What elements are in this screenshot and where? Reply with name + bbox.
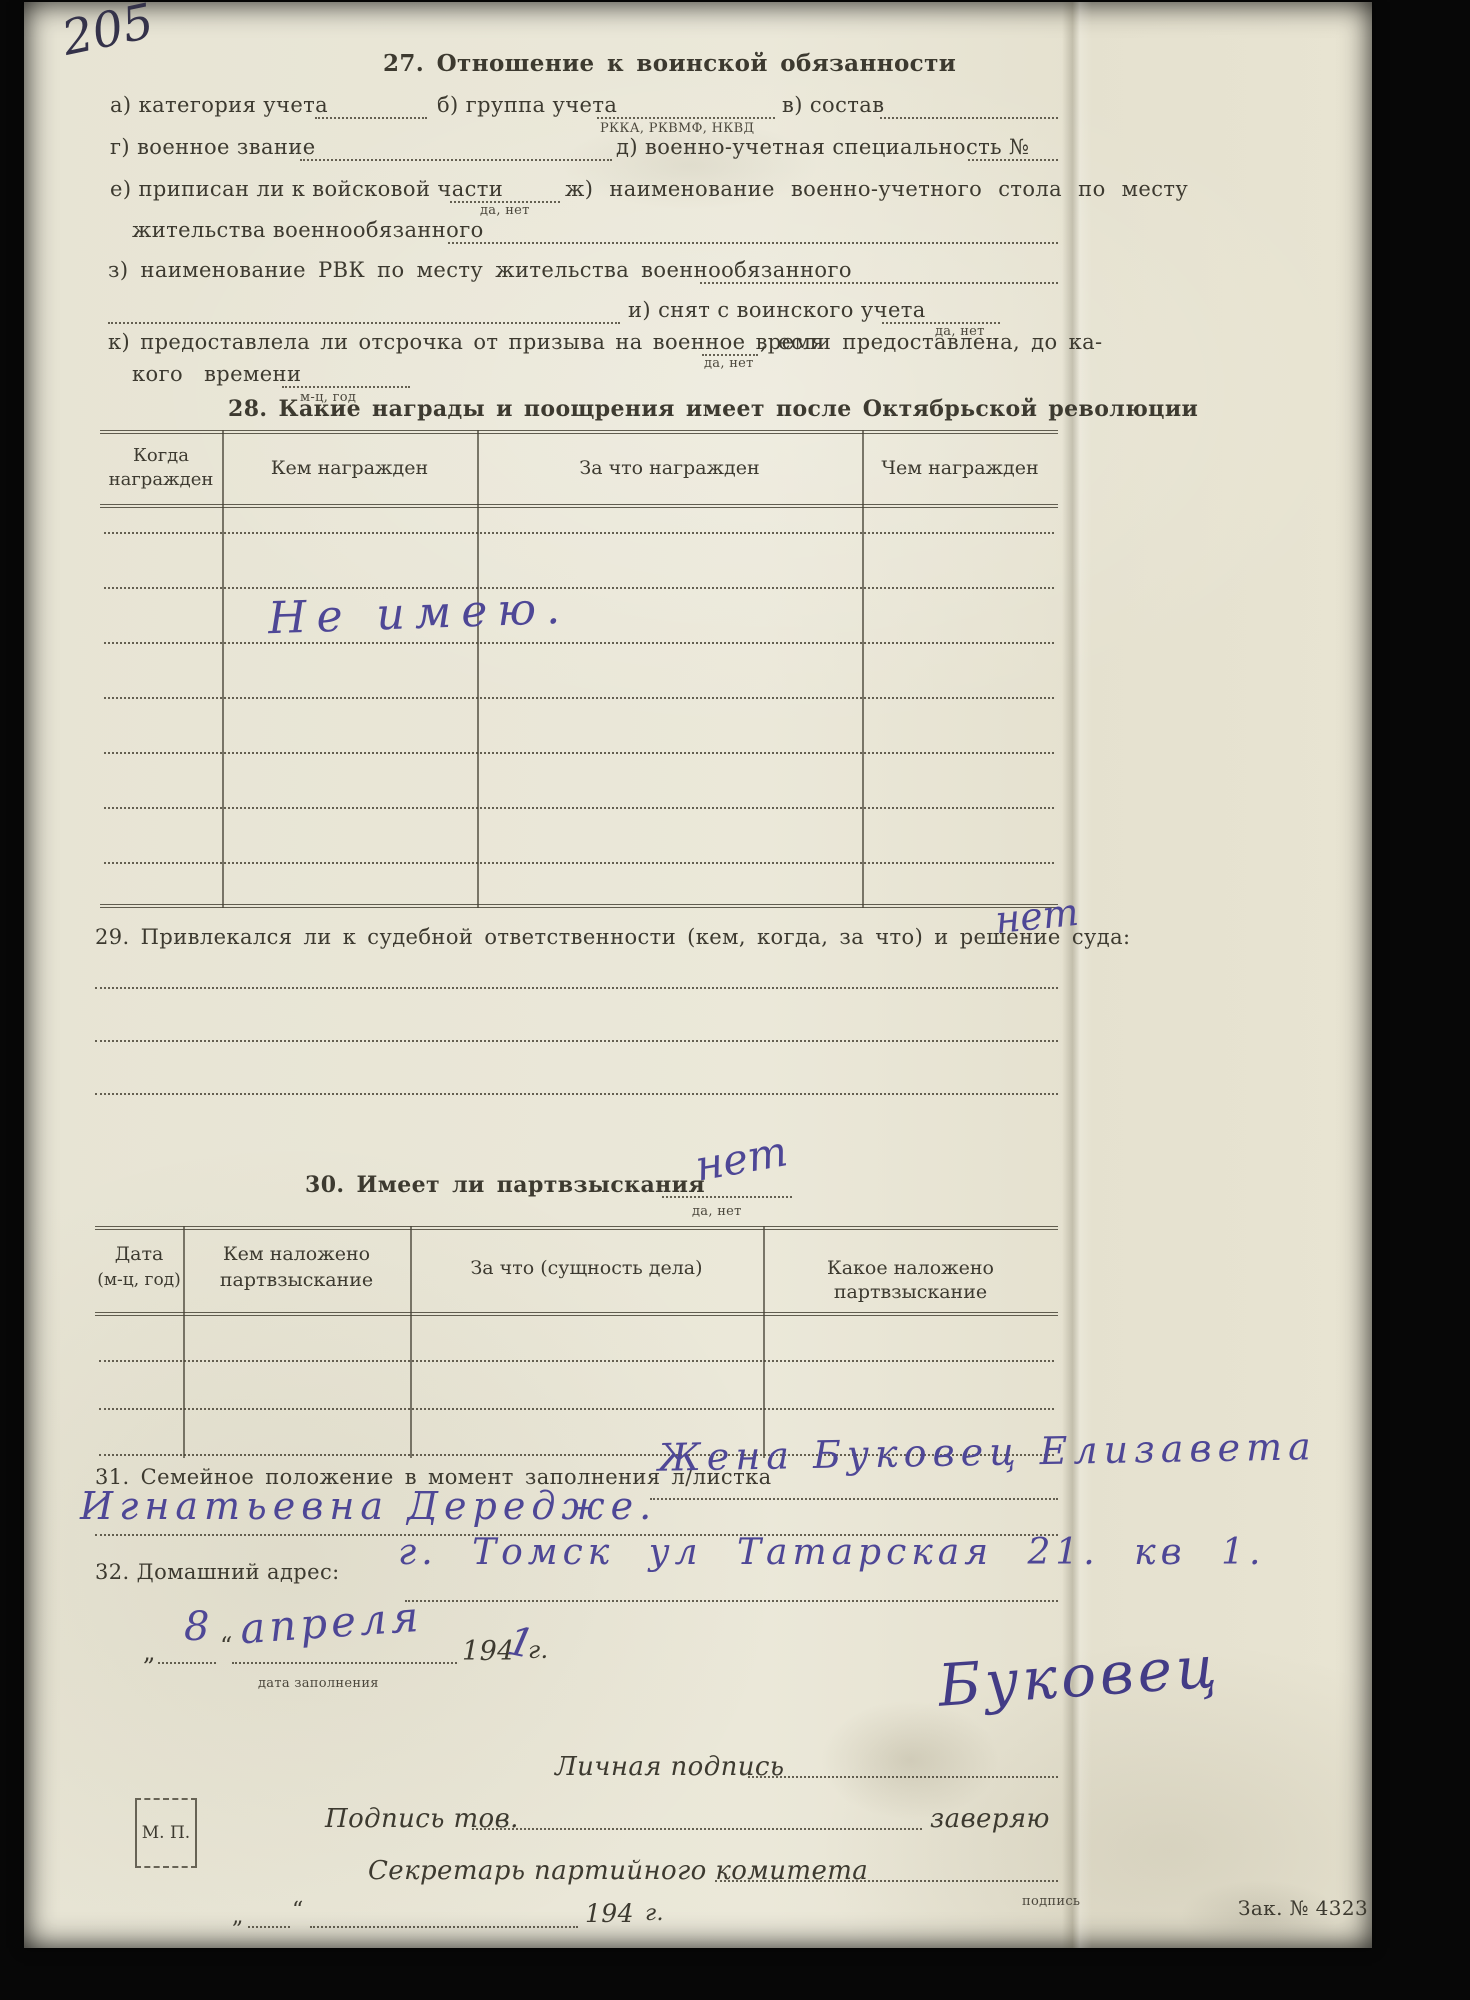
field-27g-label: г) военное звание <box>110 135 316 159</box>
table-column-divider <box>477 430 479 908</box>
table-row-dotted-line <box>99 1384 1054 1410</box>
penalties-table: Дата (м-ц, год) Кем наложено партвзыскан… <box>95 1226 1058 1458</box>
table-border-top <box>95 1226 1058 1230</box>
dotted-line <box>282 362 410 388</box>
field-27b-caption: РККА, РКВМФ, НКВД <box>600 121 754 136</box>
table-column-divider <box>222 430 224 908</box>
field-27k-label-cont2: кого времени <box>132 362 301 386</box>
awards-col-bywhom: Кем награжден <box>222 456 477 480</box>
dotted-line <box>882 298 1000 324</box>
section-28-title: 28. Какие награды и поощрения имеет посл… <box>228 396 1198 422</box>
dotted-line <box>95 1069 1058 1095</box>
handwritten-32-address: г. Томск ул Татарская 21. кв 1. <box>398 1532 1265 1573</box>
table-row-dotted-line <box>104 783 1054 809</box>
penalty-col-bywhom-1: Кем наложено <box>183 1242 410 1266</box>
date-close-quote: “ <box>220 1632 233 1660</box>
dotted-line <box>232 1638 457 1664</box>
table-row-dotted-line <box>99 1336 1054 1362</box>
bottom-year-g: г. <box>645 1901 664 1926</box>
secretary-signature-caption: подпись <box>1022 1894 1080 1909</box>
awards-col-forwhat: За что награжден <box>477 456 862 480</box>
table-header-underline <box>95 1312 1058 1316</box>
dotted-line <box>702 330 758 356</box>
field-27e-label: е) приписан ли к войсковой части <box>110 177 503 201</box>
field-27k-label-cont: , если предоставлена, до ка- <box>760 330 1103 354</box>
awards-col-when: Когда награжден <box>100 444 222 492</box>
field-27zh-label-cont: жительства военнообязанного <box>132 218 484 242</box>
dotted-line <box>315 93 427 119</box>
awards-col-what: Чем награжден <box>862 456 1058 480</box>
mp-seal-box: М. П. <box>135 1798 197 1868</box>
field-27zh-label: ж) наименование военно-учетного стола по… <box>565 177 1188 201</box>
dotted-line <box>968 135 1058 161</box>
field-27e-caption: да, нет <box>480 203 530 218</box>
date-caption: дата заполнения <box>258 1676 379 1691</box>
table-row-dotted-line <box>104 618 1054 644</box>
date-open-quote: „ <box>143 1638 156 1666</box>
section-30-caption: да, нет <box>692 1204 742 1219</box>
penalty-col-bywhom-2: партвзыскание <box>183 1268 410 1292</box>
penalty-col-date-2: (м-ц, год) <box>95 1268 183 1292</box>
date-year-g: г. <box>528 1636 549 1664</box>
mp-seal-label: М. П. <box>142 1823 190 1843</box>
penalty-col-what: Какое наложено партвзыскание <box>763 1256 1058 1304</box>
dotted-line <box>248 1902 290 1928</box>
dotted-line <box>700 258 1058 284</box>
section-30-title: 30. Имеет ли партвзыскания <box>305 1172 705 1198</box>
handwritten-date-day: 8 <box>184 1604 209 1650</box>
dotted-line <box>650 1474 1058 1500</box>
awards-table: Когда награжден Кем награжден За что наг… <box>100 430 1058 908</box>
dotted-line <box>448 218 1058 244</box>
dotted-line <box>95 1016 1058 1042</box>
table-border-top <box>100 430 1058 434</box>
handwritten-awards-entry: Не имею. <box>267 583 571 645</box>
section-29-label: 29. Привлекался ли к судебной ответствен… <box>95 925 1130 949</box>
print-order-number: Зак. № 4323 <box>1238 1896 1368 1920</box>
dotted-line <box>405 1576 1058 1602</box>
field-27b-label: б) группа учета <box>437 93 617 117</box>
table-row-dotted-line <box>104 508 1054 534</box>
table-row-dotted-line <box>104 838 1054 864</box>
dotted-line <box>715 1856 1058 1882</box>
dotted-line <box>472 1804 922 1830</box>
handwritten-29-answer: нет <box>993 890 1081 942</box>
dotted-line <box>748 1752 1058 1778</box>
section-32-label: 32. Домашний адрес: <box>95 1560 340 1584</box>
table-row-dotted-line <box>104 728 1054 754</box>
field-27v-label: в) состав <box>782 93 884 117</box>
field-27a-label: а) категория учета <box>110 93 328 117</box>
table-row-dotted-line <box>104 673 1054 699</box>
dotted-line <box>108 298 620 324</box>
dotted-line <box>880 93 1058 119</box>
dotted-line <box>597 93 775 119</box>
table-row-dotted-line <box>104 563 1054 589</box>
dotted-line <box>300 135 612 161</box>
table-column-divider <box>862 430 864 908</box>
section-27-title: 27. Отношение к воинской обязанности <box>383 50 956 77</box>
witness-certify-label: заверяю <box>930 1804 1050 1834</box>
dotted-line <box>95 963 1058 989</box>
field-27k-caption: да, нет <box>704 356 754 371</box>
bottom-year: 194 <box>585 1899 634 1928</box>
dotted-line <box>450 177 560 203</box>
penalty-col-forwhat: За что (сущность дела) <box>410 1256 763 1280</box>
table-border-bottom <box>100 904 1058 908</box>
bottom-close-quote: “ <box>292 1898 304 1923</box>
dotted-line <box>310 1902 578 1928</box>
bottom-open-quote: „ <box>232 1904 244 1929</box>
penalty-col-date-1: Дата <box>95 1242 183 1266</box>
